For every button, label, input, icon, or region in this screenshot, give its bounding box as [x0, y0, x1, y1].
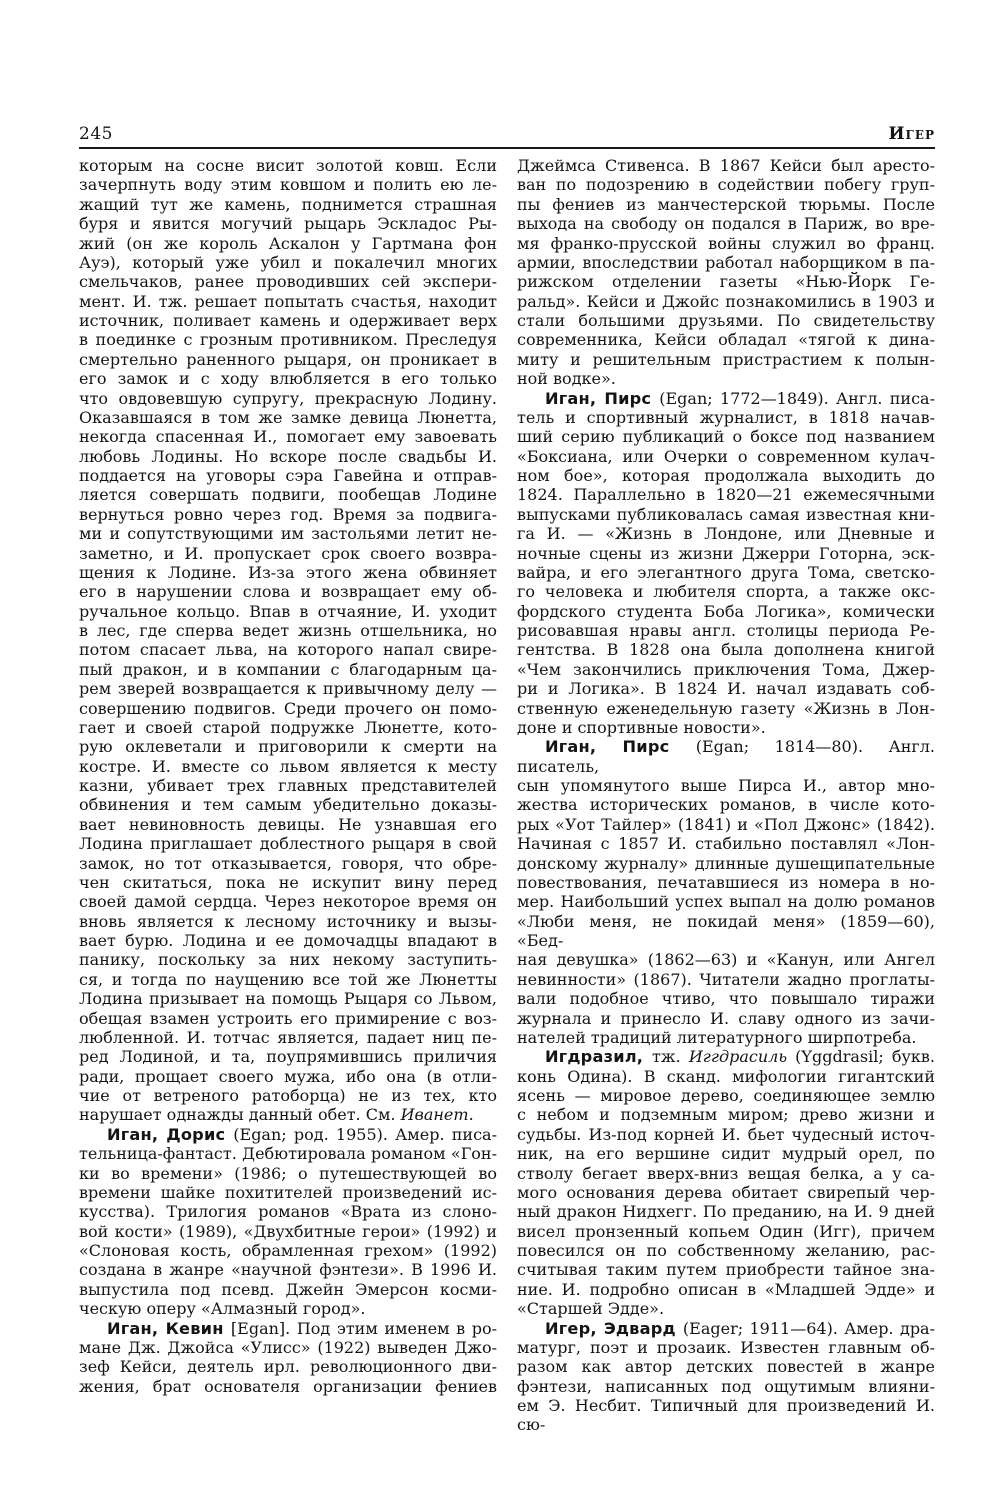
headword: Иган, Пирс [545, 389, 659, 408]
text-segment: (Egan; род. 1955). Амер. писа- [233, 1125, 497, 1144]
text-line: Иган, Дорис (Egan; род. 1955). Амер. пис… [79, 1125, 497, 1144]
text-line: обещая взамен устроить его примирение с … [79, 1009, 497, 1028]
text-line: Иган, Пирс (Egan; 1772—1849). Англ. писа… [517, 389, 935, 408]
text-line: ной водке». [517, 369, 935, 388]
text-line: зачерпнуть воду этим ковшом и полить ею … [79, 175, 497, 194]
text-line: его в нарушении слова и возвращает ему о… [79, 582, 497, 601]
entry-egan-pierce-1772: Иган, Пирс (Egan; 1772—1849). Англ. писа… [517, 389, 935, 738]
text-line: конь Одина). В сканд. мифологии гигантск… [517, 1067, 935, 1086]
page-header: 245 Игер [79, 124, 935, 144]
headword: Иган, Дорис [107, 1125, 233, 1144]
text-line: пый дракон, и в компании с благодарным ц… [79, 660, 497, 679]
text-line: ляется совершать подвиги, пообещав Лодин… [79, 485, 497, 504]
text-line: 1824. Параллельно в 1820—21 ежемесячными [517, 485, 935, 504]
text-line: ральд». Кейси и Джойс познакомились в 19… [517, 292, 935, 311]
text-line: щения к Лодине. Из-за этого жена обвиняе… [79, 563, 497, 582]
headword: Игдразил, [545, 1047, 652, 1066]
text-line: смертельно раненного рыцаря, он проникае… [79, 350, 497, 369]
text-line: «Слоновая кость, обрамленная грехом» (19… [79, 1241, 497, 1260]
text-line: вновь является к лесному источнику и выз… [79, 912, 497, 931]
text-line: ри и Логика». В 1824 И. начал издавать с… [517, 679, 935, 698]
text-line: заметно, и И. пропускает срок своего воз… [79, 544, 497, 563]
text-line: ная девушка» (1862—63) и «Канун, или Анг… [517, 950, 935, 969]
headword: Иган, Пирс [545, 737, 696, 756]
text-line: считывая таким путем приобрести тайное з… [517, 1260, 935, 1279]
text-line: вали подобное чтиво, что повышало тиражи [517, 989, 935, 1008]
text-line: матург, поэт и прозаик. Известен главным… [517, 1338, 935, 1357]
text-line: тельница-фантаст. Дебютировала романом «… [79, 1144, 497, 1163]
italic-term: Иггдрасиль [689, 1047, 795, 1066]
text-line: доне и спортивные новости». [517, 718, 935, 737]
text-line: его замок и с ходу влюбляется в его толь… [79, 369, 497, 388]
headword: Игер, Эдвард [545, 1319, 683, 1338]
text-column-right: Джеймса Стивенса. В 1867 Кейси был арест… [517, 156, 935, 1435]
guide-word: Игер [888, 124, 935, 144]
text-line: фэнтези, написанных под ощутимым влияни- [517, 1377, 935, 1396]
text-line: мого основания дерева обитает свирепый ч… [517, 1183, 935, 1202]
text-line: ном бое», которая продолжала выходить до [517, 466, 935, 485]
text-line: повесился он по собственному желанию, ра… [517, 1241, 935, 1260]
text-line: Лодина призывает на помощь Рыцаря со Льв… [79, 989, 497, 1008]
text-line: «Люби меня, не покидай меня» (1859—60), … [517, 912, 935, 951]
text-line: фордского студента Боба Логика», комичес… [517, 602, 935, 621]
text-line: висел пронзенный копьем Один (Игг), прич… [517, 1222, 935, 1241]
text-line: современника, Кейси обладал «тягой к дин… [517, 330, 935, 349]
text-line: совершению подвигов. Среди прочего он по… [79, 699, 497, 718]
text-line: в поединке с грозным противником. Пресле… [79, 330, 497, 349]
text-line: рем зверей возвращается к привычному дел… [79, 679, 497, 698]
text-line: ради, прощает своего мужа, ибо она (в от… [79, 1067, 497, 1086]
book-page: 245 Игер которым на сосне висит золотой … [0, 0, 1004, 1500]
text-line: смельчаков, ранее проводивших сей экспер… [79, 272, 497, 291]
text-line: гает и своей старой подружке Люнетте, ко… [79, 718, 497, 737]
text-line: некогда спасенная И., помогает ему завое… [79, 427, 497, 446]
text-line: ван по подозрению в содействии побегу гр… [517, 175, 935, 194]
entry-egan-pierce-1814: Иган, Пирс (Egan; 1814—80). Англ. писате… [517, 737, 935, 1047]
text-line: рисовавшая нравы англ. столицы периода Р… [517, 621, 935, 640]
continuation-paragraph: которым на сосне висит золотой ковш. Есл… [79, 156, 497, 1125]
text-line: мане Дж. Джойса «Улисс» (1922) выведен Д… [79, 1338, 497, 1357]
text-line: в лес, где сперва ведет жизнь отшельника… [79, 621, 497, 640]
text-line: источник, поливает камень и одерживает в… [79, 311, 497, 330]
text-line: зеф Кейси, деятель ирл. революционного д… [79, 1357, 497, 1376]
text-segment: (Eager; 1911—64). Амер. дра- [683, 1319, 935, 1338]
text-line: нарушает однажды данный обет. См. Иванет… [79, 1105, 497, 1124]
text-line: ки во времени» (1986; о путешествующей в… [79, 1164, 497, 1183]
text-line: невинности» (1867). Читатели жадно прогл… [517, 970, 935, 989]
text-line: пы фениев из манчестерской тюрьмы. После [517, 195, 935, 214]
text-line: ясень — мировое дерево, соединяющее земл… [517, 1086, 935, 1105]
text-line: ственную еженедельную газету «Жизнь в Ло… [517, 699, 935, 718]
text-line: с небом и подземным миром; древо жизни и [517, 1105, 935, 1124]
text-line: ем Э. Несбит. Типичный для произведений … [517, 1396, 935, 1435]
text-line: костре. И. вместе со львом является к ме… [79, 757, 497, 776]
text-line: журнала и принесло И. славу одного из за… [517, 1009, 935, 1028]
text-line: нателей традиций литературного ширпотреб… [517, 1028, 935, 1047]
text-line: своей дамой сердца. Через некоторое врем… [79, 892, 497, 911]
header-rule [79, 147, 935, 149]
text-line: чие от ветреного ратоборца) не из тех, к… [79, 1086, 497, 1105]
text-line: кусства). Трилогия романов «Врата из сло… [79, 1202, 497, 1221]
text-line: Начиная с 1857 И. стабильно поставлял «Л… [517, 834, 935, 853]
text-line: замок, но тот отказывается, говоря, что … [79, 854, 497, 873]
text-line: вернуться ровно через год. Время за подв… [79, 505, 497, 524]
text-line: стали большими друзьями. По свидетельств… [517, 311, 935, 330]
text-line: ший серию публикаций о боксе под названи… [517, 427, 935, 446]
text-line: что овдовевшую супругу, прекрасную Лодин… [79, 389, 497, 408]
text-line: рую оклеветали и приговорили к смерти на [79, 737, 497, 756]
text-line: армии, впоследствии работал наборщиком в… [517, 253, 935, 272]
entry-eager-edward: Игер, Эдвард (Eager; 1911—64). Амер. дра… [517, 1319, 935, 1435]
text-line: которым на сосне висит золотой ковш. Есл… [79, 156, 497, 175]
text-line: га И. — «Жизнь в Лондоне, или Дневные и [517, 524, 935, 543]
text-line: ред Лодиной, и та, поупрямившись приличи… [79, 1047, 497, 1066]
continuation-paragraph: Джеймса Стивенса. В 1867 Кейси был арест… [517, 156, 935, 389]
text-line: судьбы. Из-под корней И. бьет чудесный и… [517, 1125, 935, 1144]
text-line: выпусками публиковалась самая известная … [517, 505, 935, 524]
text-line: Джеймса Стивенса. В 1867 Кейси был арест… [517, 156, 935, 175]
text-line: выхода на свободу он подался в Париж, во… [517, 214, 935, 233]
text-columns: которым на сосне висит золотой ковш. Есл… [79, 156, 935, 1435]
text-segment: нарушает однажды данный обет. См. [79, 1105, 401, 1124]
text-line: жащий тут же камень, поднимется страшная [79, 195, 497, 214]
text-segment: (Egan; 1772—1849). Англ. писа- [659, 389, 935, 408]
text-line: мент. И. тж. решает попытать счастья, на… [79, 292, 497, 311]
text-line: жества исторических романов, в числе кот… [517, 795, 935, 814]
text-line: Ауэ), который уже убил и покалечил многи… [79, 253, 497, 272]
text-line: ночные сцены из жизни Джерри Готорна, эс… [517, 544, 935, 563]
text-line: Иган, Пирс (Egan; 1814—80). Англ. писате… [517, 737, 935, 776]
text-line: любовь Лодины. Но вскоре после свадьбы И… [79, 447, 497, 466]
text-line: «Боксиана, или Очерки о современном кула… [517, 447, 935, 466]
text-line: вайра, и его элегантного друга Тома, све… [517, 563, 935, 582]
text-line: рижском отделении газеты «Нью-Йорк Ге- [517, 272, 935, 291]
text-line: обвинения и тем самым убедительно доказы… [79, 795, 497, 814]
text-line: панику, поскольку за них некому заступит… [79, 950, 497, 969]
text-line: буря и явится могучий рыцарь Эскладос Ры… [79, 214, 497, 233]
text-line: жий (он же король Аскалон у Гартмана фон [79, 234, 497, 253]
text-line: разом как автор детских повестей в жанре [517, 1357, 935, 1376]
text-line: времени шайке похитителей произведений и… [79, 1183, 497, 1202]
text-line: ся, и тогда по наущению все той же Люнет… [79, 970, 497, 989]
text-line: вает бурю. Лодина и ее домочадцы впадают… [79, 931, 497, 950]
text-line: ческую оперу «Алмазный город». [79, 1299, 497, 1318]
text-line: мя франко-прусской войны служил во франц… [517, 234, 935, 253]
entry-egan-doris: Иган, Дорис (Egan; род. 1955). Амер. пис… [79, 1125, 497, 1319]
text-line: стволу бегает вверх-вниз вещая белка, а … [517, 1164, 935, 1183]
text-line: сын упомянутого выше Пирса И., автор мно… [517, 776, 935, 795]
text-line: Игдразил, тж. Иггдрасиль (Yggdrasil; бук… [517, 1047, 935, 1066]
text-segment: (Yggdrasil; букв. [795, 1047, 935, 1066]
text-line: донскому журналу» длинные душещипательны… [517, 854, 935, 873]
headword: Иган, Кевин [107, 1319, 231, 1338]
text-line: тель и спортивный журналист, в 1818 нача… [517, 408, 935, 427]
text-line: Лодина приглашает доблестного рыцаря в с… [79, 834, 497, 853]
text-line: ручальное кольцо. Впав в отчаяние, И. ух… [79, 602, 497, 621]
entry-egan-kevin: Иган, Кевин [Egan]. Под этим именем в ро… [79, 1319, 497, 1397]
text-line: жения, брат основателя организации фение… [79, 1377, 497, 1396]
text-line: вает невиновность девицы. Не узнавшая ег… [79, 815, 497, 834]
text-column-left: которым на сосне висит золотой ковш. Есл… [79, 156, 497, 1435]
text-line: ный дракон Нидхегг. По преданию, на И. 9… [517, 1202, 935, 1221]
text-line: Иган, Кевин [Egan]. Под этим именем в ро… [79, 1319, 497, 1338]
text-line: мер. Наибольший успех выпал на долю рома… [517, 892, 935, 911]
text-line: Оказавшаяся в том же замке девица Люнетт… [79, 408, 497, 427]
text-segment: тж. [652, 1047, 689, 1066]
text-line: «Чем закончились приключения Тома, Джер- [517, 660, 935, 679]
text-line: повествования, печатавшиеся из номера в … [517, 873, 935, 892]
entry-yggdrasil: Игдразил, тж. Иггдрасиль (Yggdrasil; бук… [517, 1047, 935, 1318]
text-line: вой кости» (1989), «Двухбитные герои» (1… [79, 1222, 497, 1241]
italic-term: Иванет. [401, 1105, 474, 1124]
text-line: казни, убивает трех главных представител… [79, 776, 497, 795]
text-line: создана в жанре «научной фэнтези». В 199… [79, 1260, 497, 1279]
text-line: чен скитаться, пока не искупит вину пере… [79, 873, 497, 892]
text-line: любленной. И. тотчас является, падает ни… [79, 1028, 497, 1047]
text-segment: [Egan]. Под этим именем в ро- [231, 1319, 497, 1338]
text-line: Игер, Эдвард (Eager; 1911—64). Амер. дра… [517, 1319, 935, 1338]
text-line: потом спасает льва, на которого напал св… [79, 640, 497, 659]
text-line: поддается на уговоры сэра Гавейна и отпр… [79, 466, 497, 485]
text-line: миту и решительным пристрастием к полын- [517, 350, 935, 369]
text-line: ник, на его вершине сидит мудрый орел, п… [517, 1144, 935, 1163]
text-line: выпустила под псевд. Джейн Эмерсон косми… [79, 1280, 497, 1299]
text-line: рых «Уот Тайлер» (1841) и «Пол Джонс» (1… [517, 815, 935, 834]
page-number: 245 [79, 124, 113, 144]
text-line: гентства. В 1828 она была дополнена книг… [517, 640, 935, 659]
text-line: го человека и любителя спорта, а также о… [517, 582, 935, 601]
text-line: ми и сопутствующими им застольями летит … [79, 524, 497, 543]
text-line: «Старшей Эдде». [517, 1299, 935, 1318]
text-line: ние. И. подробно описан в «Младшей Эдде»… [517, 1280, 935, 1299]
